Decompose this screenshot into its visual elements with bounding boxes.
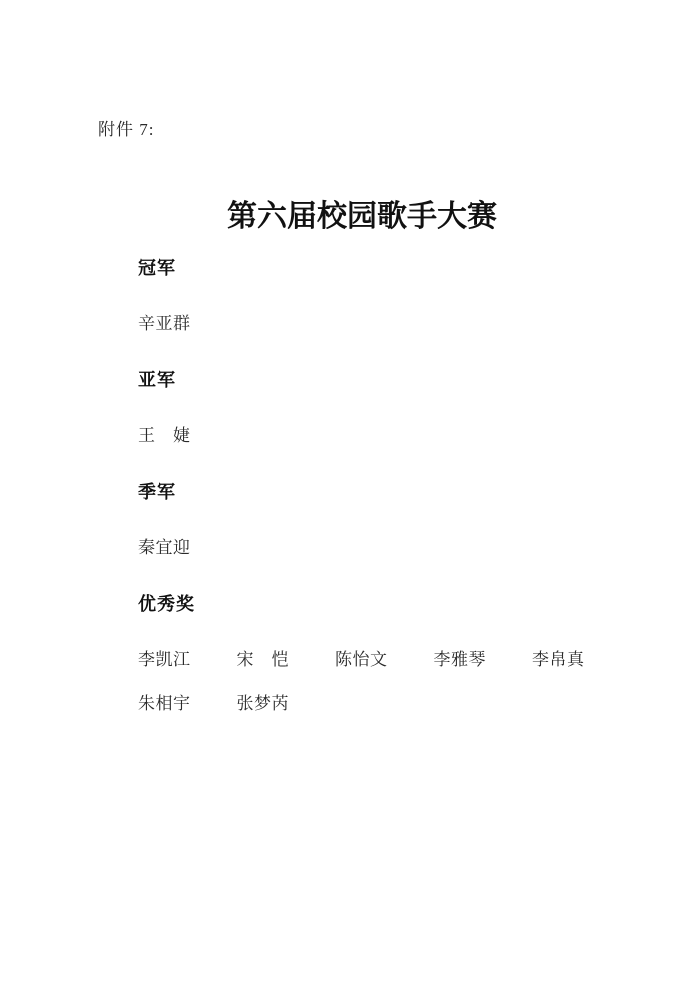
award-names-row: 秦宜迎 <box>138 539 612 556</box>
award-heading: 亚军 <box>138 371 612 389</box>
winner-name: 辛亚群 <box>138 315 191 332</box>
winner-name: 秦宜迎 <box>138 539 191 556</box>
award-heading: 优秀奖 <box>138 595 612 613</box>
award-heading: 季军 <box>138 483 612 501</box>
winner-name: 张梦芮 <box>237 695 290 712</box>
winner-name: 李凯江 <box>138 651 191 668</box>
winner-name: 宋 恺 <box>237 651 290 668</box>
winner-name: 李雅琴 <box>434 651 487 668</box>
award-names-row: 辛亚群 <box>138 315 612 332</box>
award-names-row: 王 婕 <box>138 427 612 444</box>
winner-name: 朱相宇 <box>138 695 191 712</box>
award-section: 亚军王 婕 <box>138 371 612 444</box>
page-title: 第六届校园歌手大赛 <box>30 200 694 234</box>
winner-name: 李帛真 <box>532 651 585 668</box>
award-names-row: 李凯江宋 恺陈怡文李雅琴李帛真朱相宇张梦芮 <box>138 651 612 712</box>
award-section: 冠军辛亚群 <box>138 259 612 332</box>
award-heading: 冠军 <box>138 259 612 277</box>
attachment-label: 附件 7: <box>98 120 154 140</box>
winner-name: 王 婕 <box>138 427 191 444</box>
award-section: 优秀奖李凯江宋 恺陈怡文李雅琴李帛真朱相宇张梦芮 <box>138 595 612 712</box>
award-section: 季军秦宜迎 <box>138 483 612 556</box>
document-page: 附件 7: 第六届校园歌手大赛 冠军辛亚群亚军王 婕季军秦宜迎优秀奖李凯江宋 恺… <box>0 0 694 987</box>
award-sections: 冠军辛亚群亚军王 婕季军秦宜迎优秀奖李凯江宋 恺陈怡文李雅琴李帛真朱相宇张梦芮 <box>138 259 612 751</box>
winner-name: 陈怡文 <box>335 651 388 668</box>
